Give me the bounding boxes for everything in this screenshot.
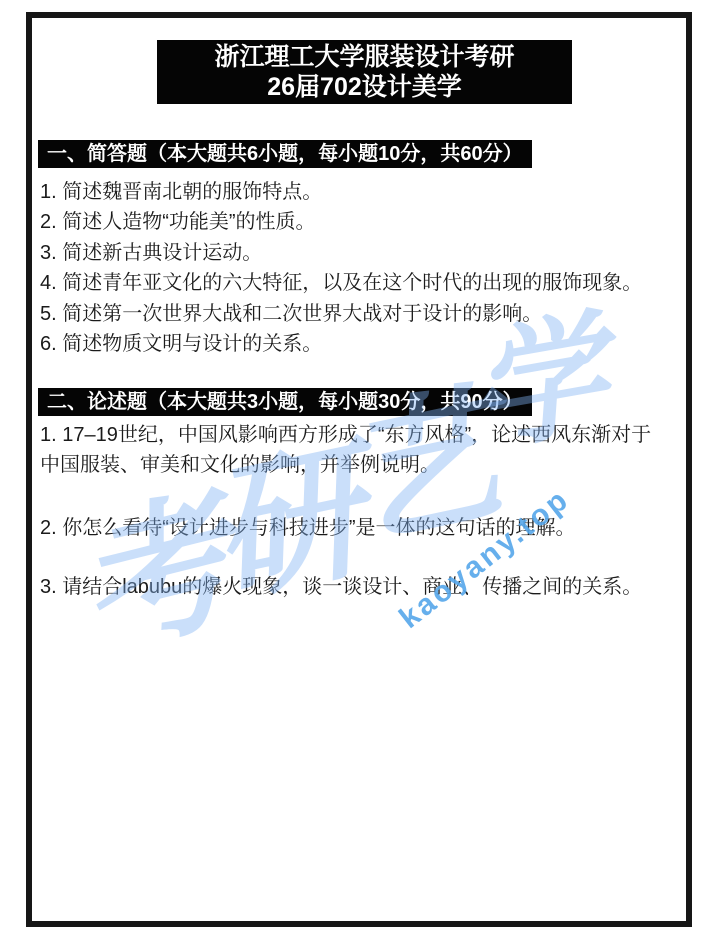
question-item: 3. 请结合labubu的爆火现象，谈一谈设计、商业、传播之间的关系。 — [40, 572, 674, 602]
question-item: 6. 简述物质文明与设计的关系。 — [40, 329, 668, 359]
title-box: 浙江理工大学服装设计考研 26届702设计美学 — [157, 40, 572, 104]
question-item: 5. 简述第一次世界大战和二次世界大战对于设计的影响。 — [40, 299, 668, 329]
question-item: 1. 简述魏晋南北朝的服饰特点。 — [40, 177, 668, 207]
question-line: 2. 你怎么看待“设计进步与科技进步”是一体的这句话的理解。 — [40, 513, 674, 543]
title-line-1: 浙江理工大学服装设计考研 — [214, 42, 514, 72]
question-line: 中国服装、审美和文化的影响，并举例说明。 — [40, 450, 674, 480]
question-item: 2. 你怎么看待“设计进步与科技进步”是一体的这句话的理解。 — [40, 513, 674, 543]
question-line: 1. 17–19世纪，中国风影响西方形成了“东方风格”，论述西风东渐对于 — [40, 420, 674, 450]
question-item: 3. 简述新古典设计运动。 — [40, 238, 668, 268]
title-line-2: 26届702设计美学 — [267, 72, 462, 102]
question-item: 1. 17–19世纪，中国风影响西方形成了“东方风格”，论述西风东渐对于 中国服… — [40, 420, 674, 480]
question-item: 2. 简述人造物“功能美”的性质。 — [40, 207, 668, 237]
question-item: 4. 简述青年亚文化的六大特征，以及在这个时代的出现的服饰现象。 — [40, 268, 668, 298]
section-1-heading-bar: 一、简答题（本大题共6小题，每小题10分，共60分） — [38, 140, 532, 168]
question-line: 3. 请结合labubu的爆火现象，谈一谈设计、商业、传播之间的关系。 — [40, 572, 674, 602]
section-1-question-list: 1. 简述魏晋南北朝的服饰特点。 2. 简述人造物“功能美”的性质。 3. 简述… — [40, 177, 668, 359]
section-2-heading-bar: 二、论述题（本大题共3小题，每小题30分，共90分） — [38, 388, 532, 416]
exam-paper-page: 浙江理工大学服装设计考研 26届702设计美学 一、简答题（本大题共6小题，每小… — [0, 0, 722, 936]
